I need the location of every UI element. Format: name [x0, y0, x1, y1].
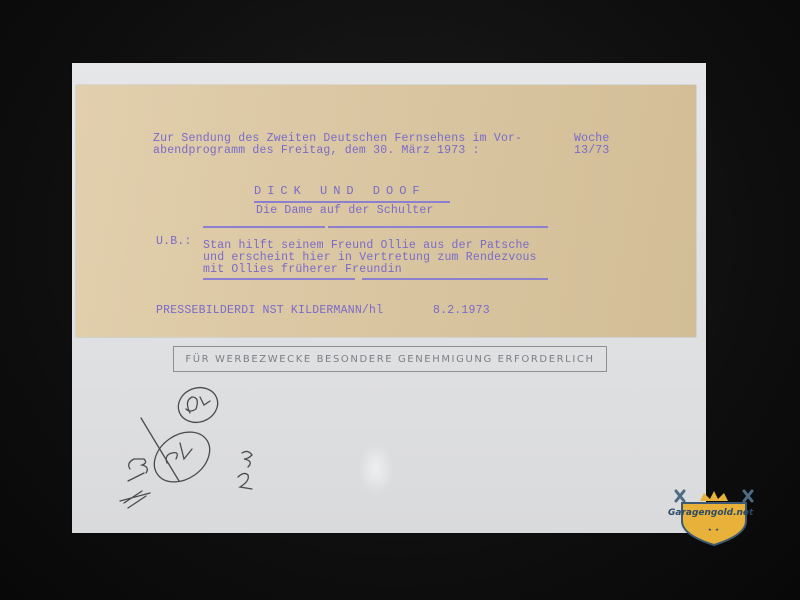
wrench-icon	[744, 491, 752, 501]
photo-card-back: Zur Sendung des Zweiten Deutschen Fernse…	[72, 63, 706, 533]
handwritten-notes	[72, 63, 706, 533]
watermark-logo: ★ ★	[664, 487, 764, 549]
crown-icon	[700, 491, 728, 501]
svg-text:★ ★: ★ ★	[708, 526, 719, 533]
watermark-text: Garagengold.net	[668, 508, 753, 518]
wrench-icon	[676, 491, 684, 501]
